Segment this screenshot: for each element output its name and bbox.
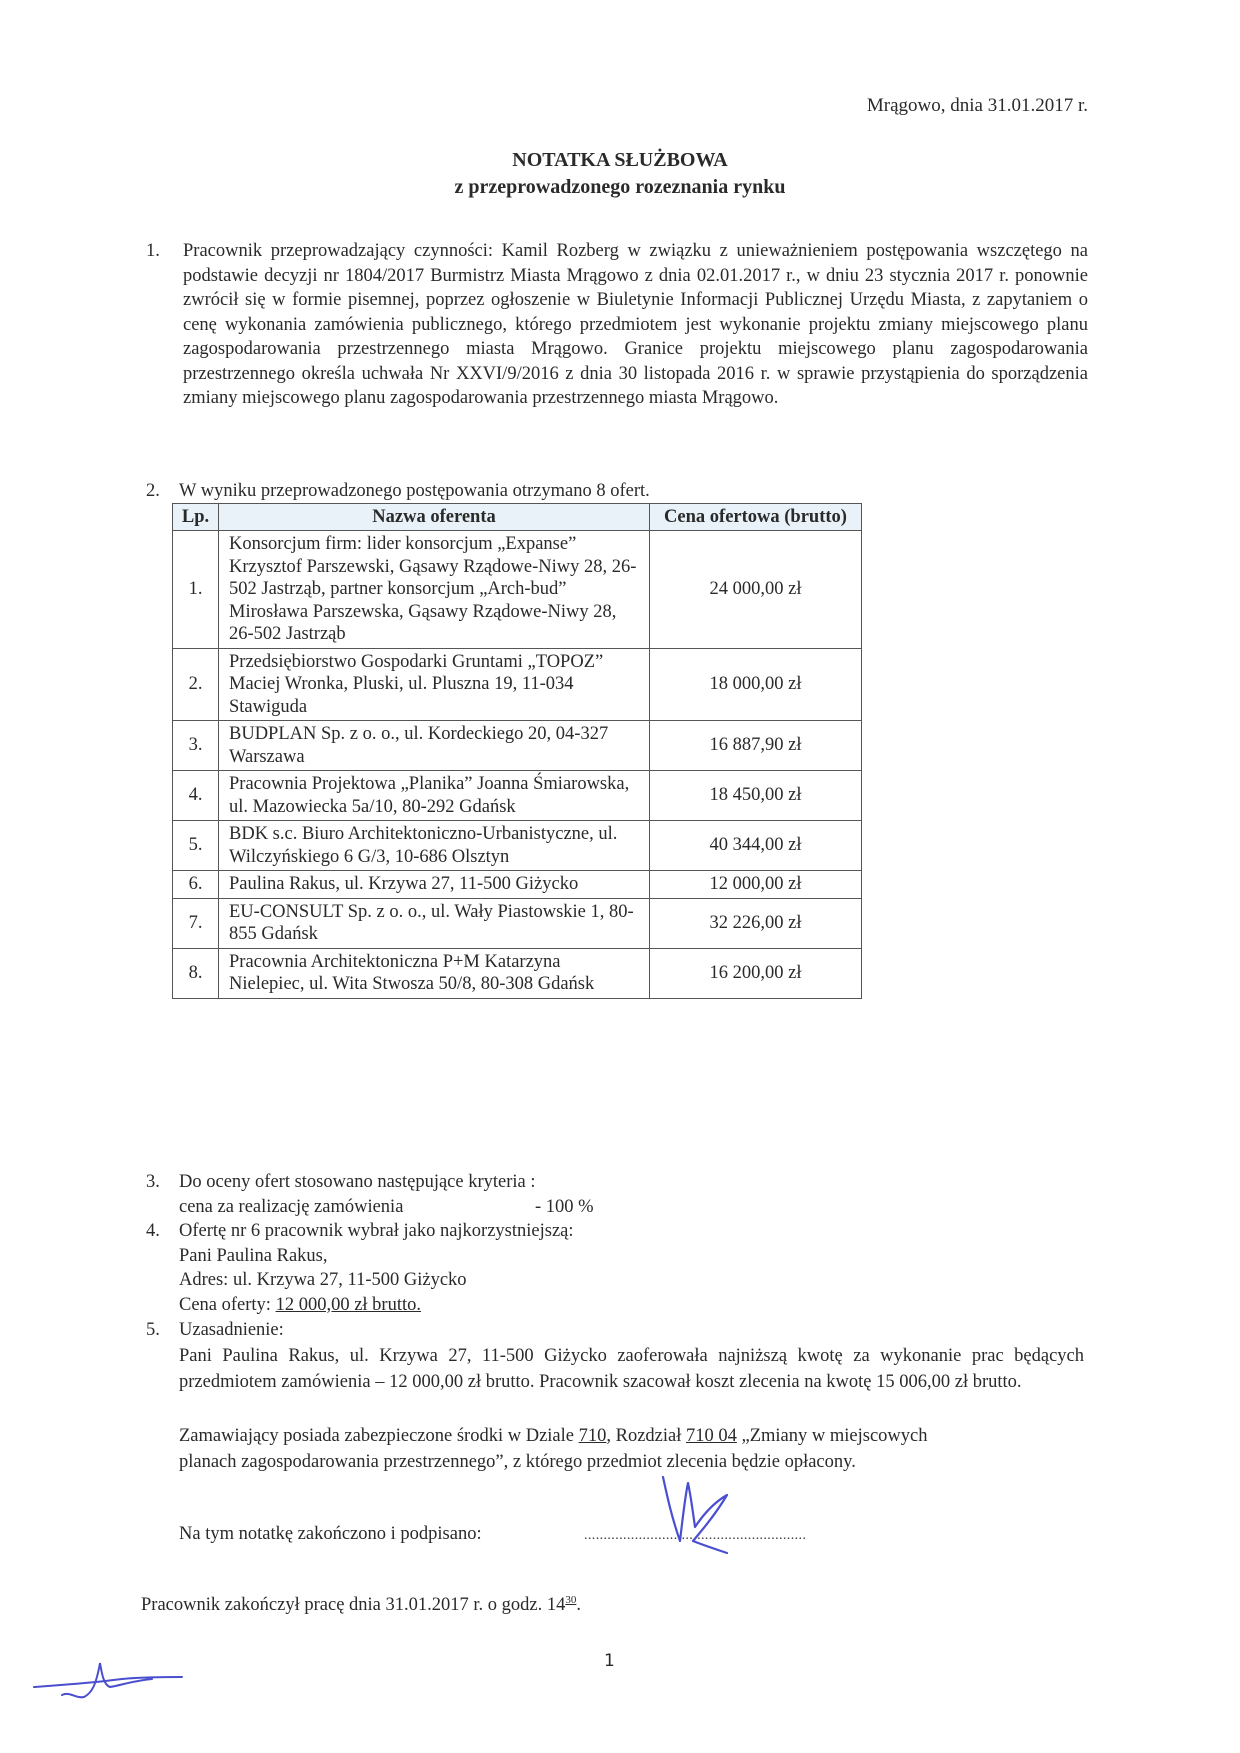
offer-price: 12 000,00 zł	[650, 871, 862, 899]
offer-price: 18 450,00 zł	[650, 771, 862, 821]
offer-lp: 3.	[173, 721, 219, 771]
offer-lp: 4.	[173, 771, 219, 821]
table-row: 1.Konsorcjum firm: lider konsorcjum „Exp…	[173, 531, 862, 649]
offer-price: 32 226,00 zł	[650, 898, 862, 948]
work-end-line: Pracownik zakończył pracę dnia 31.01.201…	[141, 1594, 581, 1616]
section-number: 3.	[146, 1170, 160, 1195]
work-end-period: .	[576, 1595, 581, 1615]
page-number: 1	[604, 1651, 615, 1671]
table-row: 5.BDK s.c. Biuro Architektoniczno-Urbani…	[173, 821, 862, 871]
offer-name: Pracownia Architektoniczna P+M Katarzyna…	[219, 948, 650, 998]
funds-dzial: 710	[579, 1426, 607, 1446]
document-title: NOTATKA SŁUŻBOWA z przeprowadzonego roze…	[0, 147, 1240, 201]
offer-name: Konsorcjum firm: lider konsorcjum „Expan…	[219, 531, 650, 649]
selected-offer-price: Cena oferty: 12 000,00 zł brutto.	[179, 1293, 1084, 1318]
funds-text: „Zmiany w miejscowych	[737, 1426, 928, 1446]
price-value: 12 000,00 zł brutto.	[276, 1295, 421, 1315]
funds-text: , Rozdział	[606, 1426, 686, 1446]
document-page: Mrągowo, dnia 31.01.2017 r. NOTATKA SŁUŻ…	[0, 0, 1240, 1753]
signature-label: Na tym notatkę zakończono i podpisano:	[179, 1524, 482, 1545]
header-lp: Lp.	[173, 504, 219, 531]
table-row: 4.Pracownia Projektowa „Planika” Joanna …	[173, 771, 862, 821]
criteria-heading: Do oceny ofert stosowano następujące kry…	[179, 1170, 1084, 1195]
header-price: Cena ofertowa (brutto)	[650, 504, 862, 531]
table-row: 6.Paulina Rakus, ul. Krzywa 27, 11-500 G…	[173, 871, 862, 899]
signature-icon	[655, 1475, 745, 1557]
funds-rozdzial: 710 04	[686, 1426, 737, 1446]
section-number: 2.	[146, 479, 160, 504]
selected-offer-address: Adres: ul. Krzywa 27, 11-500 Giżycko	[179, 1268, 1084, 1293]
offer-lp: 8.	[173, 948, 219, 998]
section-2-text: W wyniku przeprowadzonego postępowania o…	[179, 479, 1084, 504]
table-row: 7.EU-CONSULT Sp. z o. o., ul. Wały Piast…	[173, 898, 862, 948]
funds-line-2: planach zagospodarowania przestrzennego”…	[179, 1449, 1084, 1475]
offer-lp: 6.	[173, 871, 219, 899]
offer-name: Pracownia Projektowa „Planika” Joanna Śm…	[219, 771, 650, 821]
criterion-name: cena za realizację zamówienia	[179, 1195, 1084, 1220]
offer-name: Przedsiębiorstwo Gospodarki Gruntami „TO…	[219, 648, 650, 721]
offer-lp: 1.	[173, 531, 219, 649]
offer-lp: 5.	[173, 821, 219, 871]
title-main: NOTATKA SŁUŻBOWA	[0, 147, 1240, 174]
title-subtitle: z przeprowadzonego rozeznania rynku	[0, 174, 1240, 201]
selected-offer-name: Pani Paulina Rakus,	[179, 1244, 1084, 1269]
justification-text: Pani Paulina Rakus, ul. Krzywa 27, 11-50…	[179, 1343, 1084, 1395]
work-end-minutes: 30	[565, 1594, 576, 1606]
offer-price: 16 200,00 zł	[650, 948, 862, 998]
section-1-text: Pracownik przeprowadzający czynności: Ka…	[183, 239, 1088, 411]
offer-lp: 7.	[173, 898, 219, 948]
offer-price: 40 344,00 zł	[650, 821, 862, 871]
initials-icon	[32, 1655, 187, 1705]
price-label: Cena oferty:	[179, 1295, 276, 1315]
offer-name: BDK s.c. Biuro Architektoniczno-Urbanist…	[219, 821, 650, 871]
table-row: 2.Przedsiębiorstwo Gospodarki Gruntami „…	[173, 648, 862, 721]
header-name: Nazwa oferenta	[219, 504, 650, 531]
offers-table: Lp. Nazwa oferenta Cena ofertowa (brutto…	[172, 503, 862, 999]
selected-offer-heading: Ofertę nr 6 pracownik wybrał jako najkor…	[179, 1219, 1084, 1244]
section-number: 1.	[146, 239, 160, 264]
offer-name: Paulina Rakus, ul. Krzywa 27, 11-500 Giż…	[219, 871, 650, 899]
offer-price: 16 887,90 zł	[650, 721, 862, 771]
offer-price: 24 000,00 zł	[650, 531, 862, 649]
criterion-weight: - 100 %	[535, 1195, 594, 1220]
work-end-text: Pracownik zakończył pracę dnia 31.01.201…	[141, 1595, 565, 1615]
offer-price: 18 000,00 zł	[650, 648, 862, 721]
offer-name: BUDPLAN Sp. z o. o., ul. Kordeckiego 20,…	[219, 721, 650, 771]
table-row: 3.BUDPLAN Sp. z o. o., ul. Kordeckiego 2…	[173, 721, 862, 771]
table-row: 8.Pracownia Architektoniczna P+M Katarzy…	[173, 948, 862, 998]
offer-name: EU-CONSULT Sp. z o. o., ul. Wały Piastow…	[219, 898, 650, 948]
funds-text: Zamawiający posiada zabezpieczone środki…	[179, 1426, 579, 1446]
place-date: Mrągowo, dnia 31.01.2017 r.	[867, 95, 1088, 117]
offer-lp: 2.	[173, 648, 219, 721]
justification-label: Uzasadnienie:	[179, 1317, 1084, 1343]
section-number: 4.	[146, 1219, 160, 1244]
funds-line-1: Zamawiający posiada zabezpieczone środki…	[179, 1423, 1084, 1449]
section-number: 5.	[146, 1317, 160, 1343]
table-header-row: Lp. Nazwa oferenta Cena ofertowa (brutto…	[173, 504, 862, 531]
